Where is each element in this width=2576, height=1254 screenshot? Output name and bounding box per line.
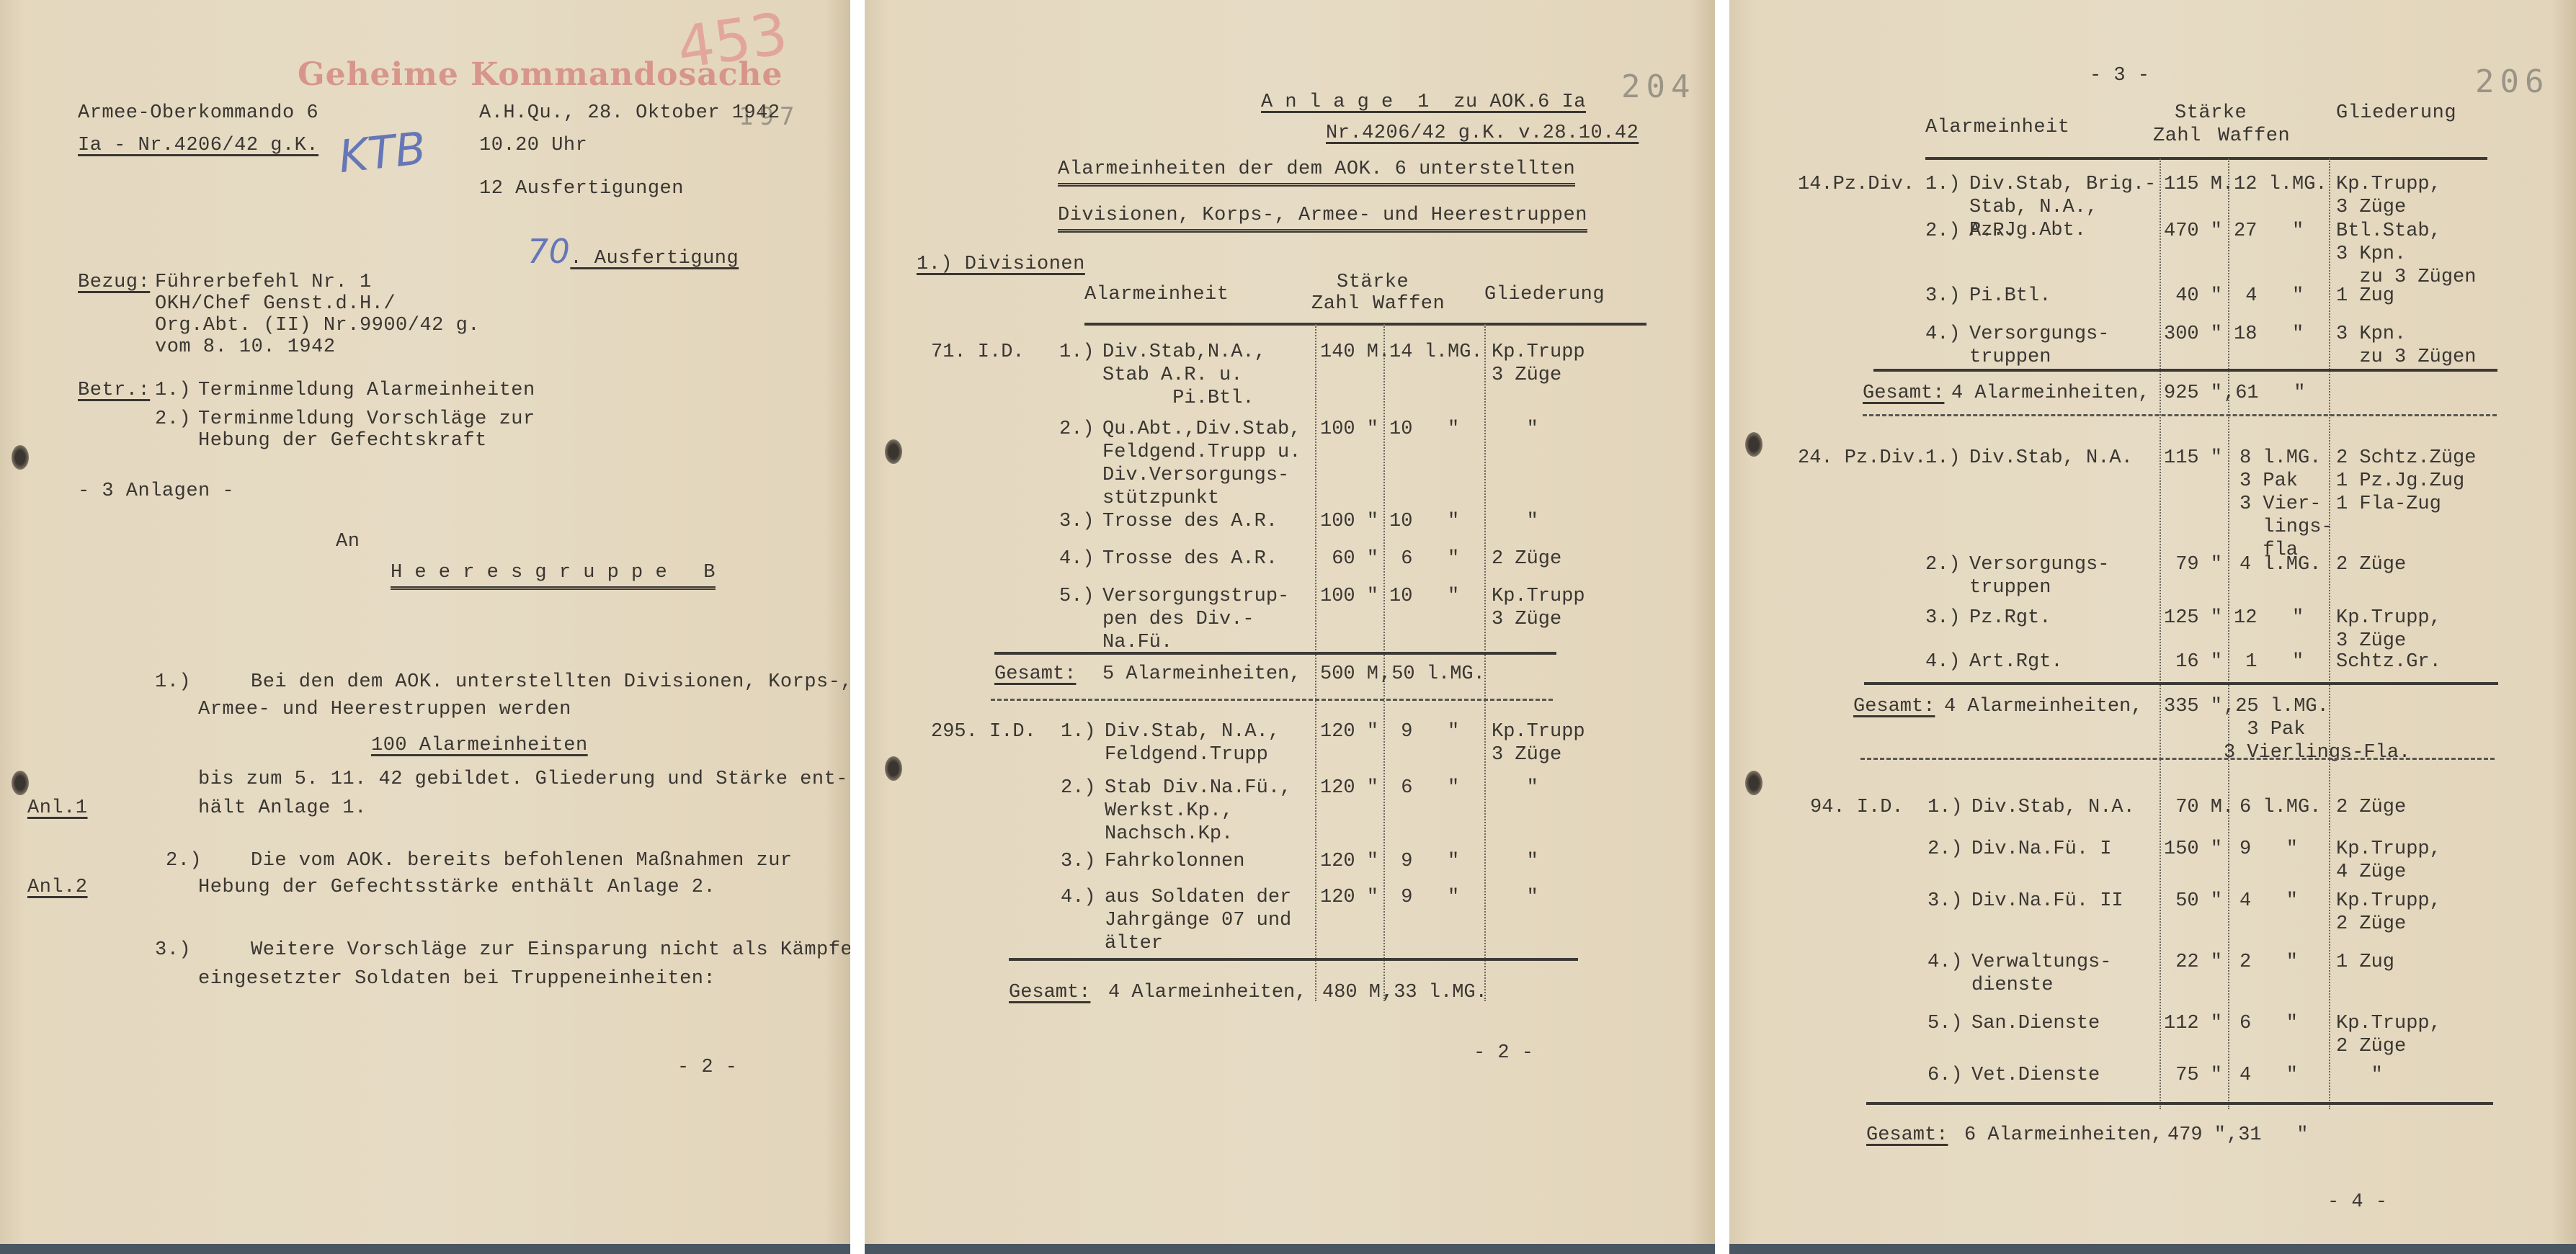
page-footer: - 2 - — [677, 1055, 738, 1080]
betr-item-text: Terminmeldung Vorschläge zur — [198, 407, 535, 431]
row-count: 50 " — [2164, 890, 2222, 913]
row-weapons: 9 " — [1389, 850, 1459, 873]
row-unit: Versorgungs- truppen — [1969, 553, 2109, 599]
row-structure: " — [1492, 776, 1538, 800]
row-num: 2.) — [1059, 418, 1095, 441]
row-count: 40 " — [2164, 285, 2222, 308]
row-unit: Art.Rgt. — [1969, 650, 2063, 673]
betr-item-num: 1.) — [155, 378, 191, 403]
row-structure: Btl.Stab, 3 Kpn. zu 3 Zügen — [2336, 220, 2476, 289]
row-count: 112 " — [2164, 1012, 2222, 1035]
row-structure: 2 Züge — [2336, 553, 2406, 576]
para-1-emphasis: 100 Alarmeinheiten — [371, 733, 588, 758]
table-rule — [1873, 369, 2497, 372]
row-count: 115 " — [2164, 447, 2222, 470]
column-separator — [2228, 158, 2229, 1109]
column-separator — [2329, 158, 2330, 1109]
row-count: 120 " — [1320, 886, 1378, 909]
row-num: 4.) — [1061, 886, 1096, 909]
para-3-num: 3.) — [155, 938, 191, 962]
row-weapons: 6 " — [1389, 547, 1459, 570]
betr-item-num: 2.) — [155, 407, 191, 431]
place-date: A.H.Qu., 28. Oktober 1942 — [479, 101, 780, 125]
copy-label: . Ausfertigung — [570, 248, 739, 269]
table-rule-dotted — [1860, 758, 2495, 760]
division-name: 295. I.D. — [931, 720, 1036, 743]
row-unit: Div.Stab, N.A. — [1969, 447, 2133, 470]
row-weapons: 1 " — [2234, 650, 2304, 673]
col-header-strength: Stärke — [1337, 270, 1409, 295]
row-num: 1.) — [1927, 796, 1963, 819]
annex-heading-2: Divisionen, Korps-, Armee- und Heerestru… — [1058, 203, 1587, 233]
total-label: Gesamt: — [1866, 1124, 1948, 1147]
row-num: 2.) — [1925, 553, 1961, 576]
row-weapons: 6 l.MG. — [2239, 796, 2321, 819]
row-num: 4.) — [1927, 951, 1963, 974]
document-page-1: Geheime Kommandosache 453 KTB 197 Armee-… — [0, 0, 850, 1254]
folio-number: 206 — [2475, 63, 2549, 100]
row-weapons: 27 " — [2234, 220, 2304, 243]
addressee-prefix: An — [336, 529, 360, 554]
bezug-line: OKH/Chef Genst.d.H./ — [155, 292, 396, 316]
row-num: 3.) — [1059, 510, 1095, 533]
row-count: 100 " — [1320, 585, 1378, 608]
row-weapons: 12 l.MG. — [2234, 173, 2327, 196]
handwritten-ktb-mark: KTB — [337, 122, 429, 183]
col-header-unit: Alarmeinheit — [1925, 115, 2069, 140]
row-weapons: 8 l.MG. 3 Pak 3 Vier- lings- fla — [2239, 447, 2333, 562]
total-units: 4 Alarmeinheiten, — [1944, 695, 2142, 718]
margin-note-anl2: Anl.2 — [27, 875, 88, 900]
row-structure: 2 Züge — [1492, 547, 1561, 570]
row-weapons: 9 " — [2239, 838, 2298, 861]
row-count: 120 " — [1320, 720, 1378, 743]
row-structure: Kp.Trupp, 2 Züge — [2336, 1012, 2441, 1058]
row-unit: Pi.Btl. — [1969, 285, 2051, 308]
total-weapons: ,33 l.MG. — [1382, 981, 1487, 1004]
row-num: 3.) — [1925, 285, 1961, 308]
row-structure: " — [1492, 510, 1538, 533]
row-structure: 2 Schtz.Züge 1 Pz.Jg.Zug 1 Fla-Zug — [2336, 447, 2476, 516]
row-unit: Trosse des A.R. — [1102, 510, 1278, 533]
row-structure: Kp.Trupp, 4 Züge — [2336, 838, 2441, 884]
table-rule — [1084, 323, 1646, 326]
division-name: 24. Pz.Div. — [1798, 447, 1926, 470]
division-name: 14.Pz.Div. — [1798, 173, 1915, 196]
row-num: 1.) — [1925, 173, 1961, 196]
row-weapons: 6 " — [1389, 776, 1459, 800]
row-count: 140 M. — [1320, 341, 1390, 364]
row-count: 100 " — [1320, 510, 1378, 533]
row-structure: 3 Kpn. zu 3 Zügen — [2336, 323, 2476, 369]
row-unit: Versorgungstrup- pen des Div.- Na.Fü. — [1102, 585, 1289, 654]
punch-hole — [12, 445, 29, 470]
total-label: Gesamt: — [1853, 695, 1935, 718]
betr-item-text: Hebung der Gefechtskraft — [198, 429, 487, 453]
col-header-weapons: Waffen — [1373, 292, 1445, 316]
col-header-count: Zahl — [2153, 124, 2201, 148]
para-1-line: Bei den dem AOK. unterstellten Divisione… — [251, 670, 850, 694]
punch-hole — [885, 439, 902, 464]
row-count: 75 " — [2164, 1064, 2222, 1087]
table-rule — [1864, 682, 2498, 685]
annex-heading-1: Alarmeinheiten der dem AOK. 6 unterstell… — [1058, 157, 1575, 187]
row-num: 3.) — [1927, 890, 1963, 913]
document-page-2: 204 A n l a g e 1 zu AOK.6 Ia Nr.4206/42… — [865, 0, 1715, 1254]
row-count: 150 " — [2164, 838, 2222, 861]
row-unit: Div.Stab,N.A., Stab A.R. u. Pi.Btl. — [1102, 341, 1266, 410]
para-1-line: bis zum 5. 11. 42 gebildet. Gliederung u… — [198, 767, 848, 792]
row-num: 1.) — [1925, 447, 1961, 470]
row-weapons: 18 " — [2234, 323, 2304, 346]
para-2-line: Hebung der Gefechtsstärke enthält Anlage… — [198, 875, 716, 900]
total-units: 4 Alarmeinheiten, — [1108, 981, 1306, 1004]
para-2-line: Die vom AOK. bereits befohlenen Maßnahme… — [251, 848, 793, 873]
recipient: H e e r e s g r u p p e B — [391, 560, 716, 590]
table-rule — [1866, 1102, 2493, 1105]
row-structure: Kp.Trupp 3 Züge — [1492, 585, 1585, 631]
bezug-line: Führerbefehl Nr. 1 — [155, 270, 372, 295]
row-count: 115 M. — [2164, 173, 2234, 196]
row-count: 125 " — [2164, 606, 2222, 630]
row-count: 300 " — [2164, 323, 2222, 346]
total-weapons: ,25 l.MG. 3 Pak 3 Vierlings-Fla. — [2224, 695, 2410, 764]
total-label: Gesamt: — [1009, 981, 1090, 1004]
row-structure: 2 Züge — [2336, 796, 2406, 819]
table-rule — [994, 652, 1556, 655]
punch-hole — [885, 756, 902, 781]
row-unit: Div.Stab, N.A., Feldgend.Trupp — [1105, 720, 1280, 766]
row-count: 120 " — [1320, 850, 1378, 873]
annex-title: A n l a g e 1 zu AOK.6 Ia — [1261, 90, 1586, 115]
betr-label: Betr.: — [78, 378, 150, 403]
row-num: 4.) — [1059, 547, 1095, 570]
enclosures-note: - 3 Anlagen - — [78, 479, 234, 503]
betr-item-text: Terminmeldung Alarmeinheiten — [198, 378, 535, 403]
row-structure: " — [1492, 850, 1538, 873]
bezug-line: vom 8. 10. 1942 — [155, 335, 336, 359]
total-weapons: ,31 " — [2227, 1124, 2308, 1147]
row-weapons: 10 " — [1389, 418, 1459, 441]
row-count: 79 " — [2164, 553, 2222, 576]
row-unit: Verwaltungs- dienste — [1971, 951, 2111, 997]
punch-hole — [12, 771, 29, 795]
annex-reference: Nr.4206/42 g.K. v.28.10.42 — [1326, 121, 1639, 145]
row-unit: A.R. — [1969, 220, 2016, 243]
row-unit: San.Dienste — [1971, 1012, 2100, 1035]
row-structure: Kp.Trupp 3 Züge — [1492, 341, 1585, 387]
row-unit: Pz.Rgt. — [1969, 606, 2051, 630]
bezug-label: Bezug: — [78, 270, 150, 295]
row-weapons: 2 " — [2239, 951, 2298, 974]
total-label: Gesamt: — [994, 663, 1076, 686]
col-header-structure: Gliederung — [1484, 282, 1605, 307]
para-2-num: 2.) — [166, 848, 202, 873]
row-structure: " — [1492, 886, 1538, 909]
total-count: 335 " — [2164, 695, 2222, 718]
row-structure: 1 Zug — [2336, 951, 2394, 974]
row-num: 2.) — [1927, 838, 1963, 861]
total-count: 925 " — [2164, 382, 2222, 405]
para-1-line: hält Anlage 1. — [198, 796, 367, 820]
sender-reference: Ia - Nr.4206/42 g.K. — [78, 133, 318, 158]
table-rule — [1925, 157, 2487, 160]
row-weapons: 4 " — [2234, 285, 2304, 308]
row-count: 22 " — [2164, 951, 2222, 974]
row-structure: " — [1492, 418, 1538, 441]
row-unit: Qu.Abt.,Div.Stab, Feldgend.Trupp u. Div.… — [1102, 418, 1301, 510]
row-weapons: 4 l.MG. — [2239, 553, 2321, 576]
folio-number: 204 — [1621, 68, 1695, 105]
row-weapons: 4 " — [2239, 1064, 2298, 1087]
para-3-line: Weitere Vorschläge zur Einsparung nicht … — [251, 938, 850, 962]
row-unit: Fahrkolonnen — [1105, 850, 1244, 873]
handwritten-copy-number: 70 — [527, 232, 571, 271]
row-weapons: 10 " — [1389, 510, 1459, 533]
document-page-3: - 3 - 206 Alarmeinheit Stärke Zahl Waffe… — [1729, 0, 2576, 1254]
row-unit: Div.Na.Fü. II — [1971, 890, 2123, 913]
table-rule — [1009, 958, 1578, 961]
total-units: 4 Alarmeinheiten, — [1951, 382, 2149, 405]
row-num: 4.) — [1925, 650, 1961, 673]
para-1-num: 1.) — [155, 670, 191, 694]
col-header-unit: Alarmeinheit — [1084, 282, 1229, 307]
table-rule-dotted — [991, 699, 1553, 701]
row-count: 470 " — [2164, 220, 2222, 243]
column-separator — [2160, 158, 2161, 1109]
row-num: 6.) — [1927, 1064, 1963, 1087]
column-separator — [1315, 324, 1316, 1001]
row-num: 2.) — [1925, 220, 1961, 243]
col-header-weapons: Waffen — [2218, 124, 2290, 148]
page-footer: - 4 - — [2327, 1190, 2388, 1214]
para-1-line: Armee- und Heerestruppen werden — [198, 697, 571, 722]
row-structure: Kp.Trupp, 3 Züge — [2336, 173, 2441, 219]
row-unit: Stab Div.Na.Fü., Werkst.Kp., Nachsch.Kp. — [1105, 776, 1291, 846]
row-num: 5.) — [1059, 585, 1095, 608]
row-num: 3.) — [1925, 606, 1961, 630]
copy-number-line: 70. Ausfertigung — [479, 215, 739, 295]
row-weapons: 10 " — [1389, 585, 1459, 608]
para-3-line: eingesetzter Soldaten bei Truppeneinheit… — [198, 967, 716, 991]
total-count: 479 " — [2167, 1124, 2226, 1147]
row-structure: Kp.Trupp 3 Züge — [1492, 720, 1585, 766]
row-weapons: 9 " — [1389, 886, 1459, 909]
total-weapons: ,61 " — [2224, 382, 2305, 405]
punch-hole — [1745, 432, 1762, 457]
row-unit: aus Soldaten der Jahrgänge 07 und älter — [1105, 886, 1291, 955]
page-footer: - 2 - — [1474, 1041, 1534, 1065]
row-count: 16 " — [2164, 650, 2222, 673]
row-structure: Kp.Trupp, 2 Züge — [2336, 890, 2441, 936]
row-num: 2.) — [1061, 776, 1096, 800]
total-units: 5 Alarmeinheiten, — [1102, 663, 1301, 686]
total-units: 6 Alarmeinheiten, — [1964, 1124, 2162, 1147]
row-unit: Div.Na.Fü. I — [1971, 838, 2111, 861]
row-weapons: 12 " — [2234, 606, 2304, 630]
table-rule-dotted — [1863, 414, 2497, 416]
row-weapons: 14 l.MG. — [1389, 341, 1483, 364]
row-unit: Div.Stab, N.A. — [1971, 796, 2135, 819]
section-title: 1.) Divisionen — [917, 252, 1085, 277]
row-count: 70 M. — [2164, 796, 2234, 819]
row-structure: Schtz.Gr. — [2336, 650, 2441, 673]
copies-count: 12 Ausfertigungen — [479, 176, 684, 201]
bezug-line: Org.Abt. (II) Nr.9900/42 g. — [155, 313, 480, 338]
row-unit: Trosse des A.R. — [1102, 547, 1278, 570]
punch-hole — [1745, 771, 1762, 795]
row-count: 120 " — [1320, 776, 1378, 800]
row-num: 5.) — [1927, 1012, 1963, 1035]
row-unit: Versorgungs- truppen — [1969, 323, 2109, 369]
division-name: 94. I.D. — [1810, 796, 1904, 819]
page-header: - 3 - — [2090, 63, 2150, 88]
row-weapons: 4 " — [2239, 890, 2298, 913]
col-header-strength: Stärke — [2175, 101, 2247, 125]
row-structure: 1 Zug — [2336, 285, 2394, 308]
row-structure: " — [2336, 1064, 2383, 1087]
col-header-structure: Gliederung — [2336, 101, 2456, 125]
total-label: Gesamt: — [1863, 382, 1944, 405]
row-unit: Vet.Dienste — [1971, 1064, 2100, 1087]
division-name: 71. I.D. — [931, 341, 1025, 364]
row-count: 100 " — [1320, 418, 1378, 441]
margin-note-anl1: Anl.1 — [27, 796, 88, 820]
time: 10.20 Uhr — [479, 133, 587, 158]
sender-line-1: Armee-Oberkommando 6 — [78, 101, 318, 125]
row-num: 4.) — [1925, 323, 1961, 346]
row-num: 3.) — [1061, 850, 1096, 873]
col-header-count: Zahl — [1311, 292, 1360, 316]
row-weapons: 9 " — [1389, 720, 1459, 743]
row-structure: Kp.Trupp, 3 Züge — [2336, 606, 2441, 653]
row-count: 60 " — [1320, 547, 1378, 570]
row-num: 1.) — [1061, 720, 1096, 743]
total-weapons: ,50 l.MG. — [1380, 663, 1485, 686]
row-num: 1.) — [1059, 341, 1095, 364]
row-weapons: 6 " — [2239, 1012, 2298, 1035]
